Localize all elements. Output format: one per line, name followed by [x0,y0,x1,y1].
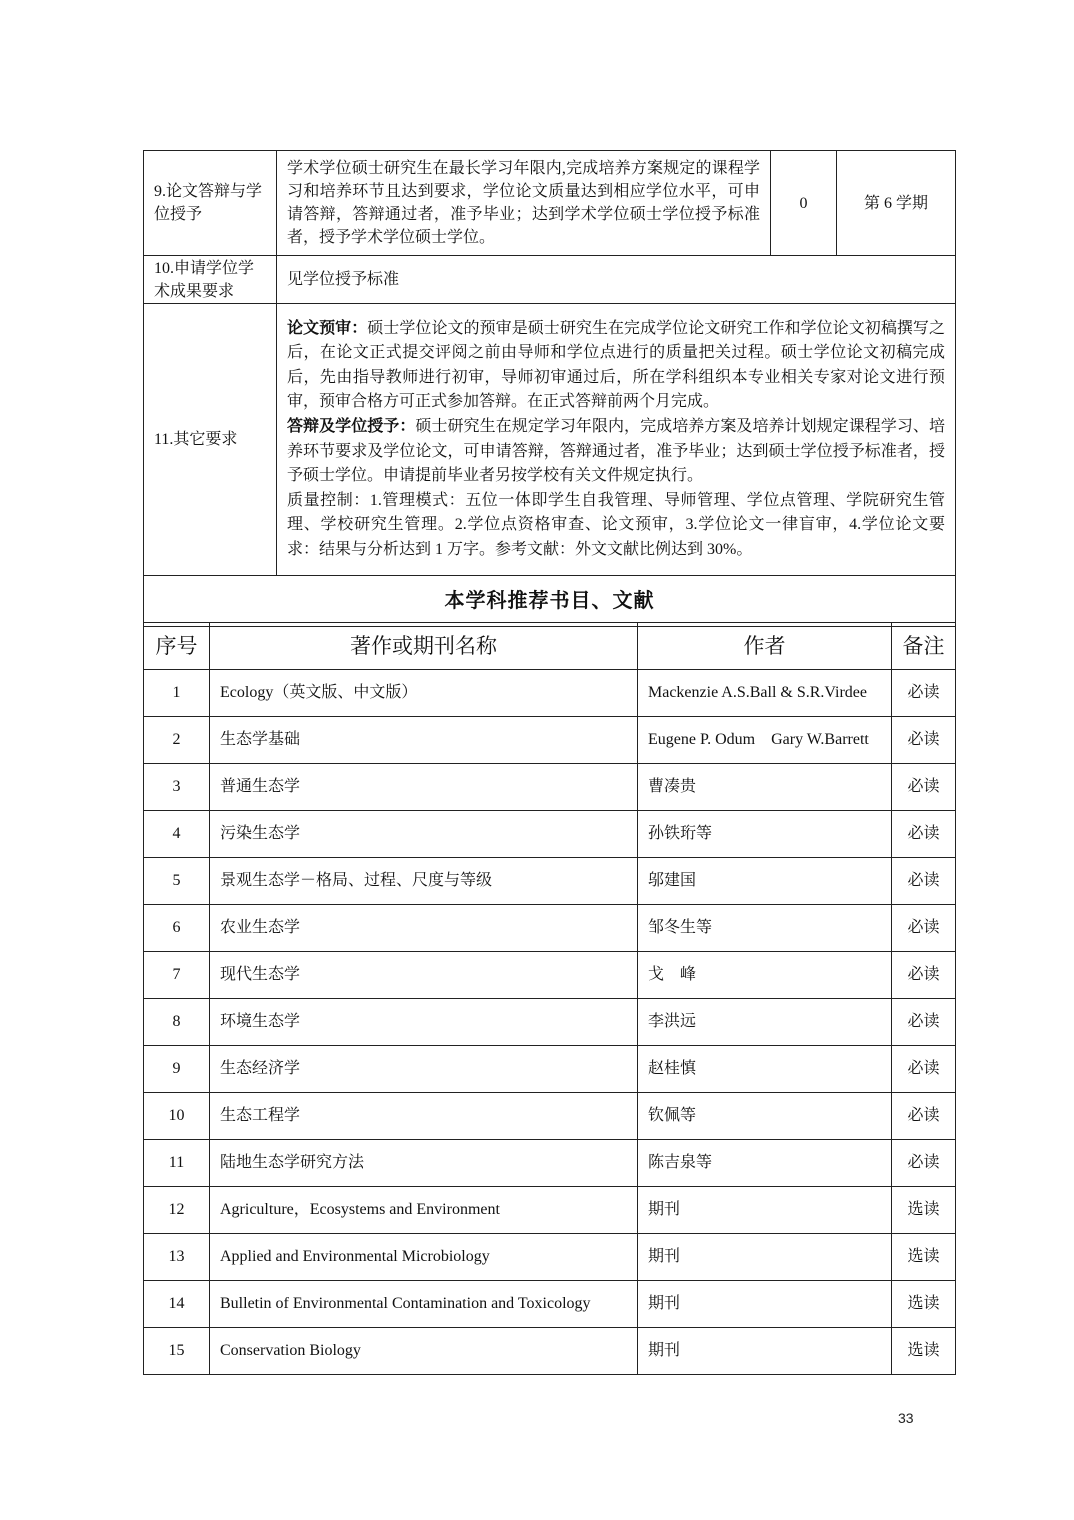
book-no: 9 [144,1046,210,1093]
book-author: 戈 峰 [638,952,892,999]
table-row: 15Conservation Biology期刊选读 [144,1328,956,1375]
book-title: 景观生态学－格局、过程、尺度与等级 [210,858,638,905]
book-no: 1 [144,670,210,717]
book-no: 15 [144,1328,210,1375]
book-author: 期刊 [638,1234,892,1281]
book-title: 陆地生态学研究方法 [210,1140,638,1187]
book-author: Eugene P. Odum Gary W.Barrett [638,717,892,764]
book-title: Applied and Environmental Microbiology [210,1234,638,1281]
requirements-table: 9.论文答辩与学位授予 学术学位硕士研究生在最长学习年限内,完成培养方案规定的课… [143,150,956,627]
book-note: 选读 [892,1328,956,1375]
table-row: 7现代生态学戈 峰必读 [144,952,956,999]
book-note: 选读 [892,1187,956,1234]
requirement-row-academic-output: 10.申请学位学术成果要求 见学位授予标准 [144,256,956,304]
book-title: 普通生态学 [210,764,638,811]
section-title: 本学科推荐书目、文献 [144,576,956,627]
book-note: 选读 [892,1234,956,1281]
book-no: 6 [144,905,210,952]
book-note: 必读 [892,670,956,717]
row-content: 见学位授予标准 [277,256,956,304]
book-author: 钦佩等 [638,1093,892,1140]
semester: 第 6 学期 [837,151,956,256]
header-author: 作者 [638,623,892,670]
book-title: 农业生态学 [210,905,638,952]
book-no: 14 [144,1281,210,1328]
book-note: 选读 [892,1281,956,1328]
book-note: 必读 [892,999,956,1046]
reading-list-table: 序号 著作或期刊名称 作者 备注 1Ecology（英文版、中文版）Macken… [143,622,956,1375]
book-title: 生态工程学 [210,1093,638,1140]
book-no: 10 [144,1093,210,1140]
book-no: 7 [144,952,210,999]
book-author: 邹冬生等 [638,905,892,952]
requirement-row-other: 11.其它要求 论文预审：硕士学位论文的预审是硕士研究生在完成学位论文研究工作和… [144,304,956,576]
requirement-row-defense: 9.论文答辩与学位授予 学术学位硕士研究生在最长学习年限内,完成培养方案规定的课… [144,151,956,256]
book-note: 必读 [892,905,956,952]
book-no: 2 [144,717,210,764]
book-author: 孙铁珩等 [638,811,892,858]
table-row: 5景观生态学－格局、过程、尺度与等级邬建国必读 [144,858,956,905]
book-author: 期刊 [638,1187,892,1234]
row-label: 9.论文答辩与学位授予 [144,151,277,256]
table-header: 序号 著作或期刊名称 作者 备注 [144,623,956,670]
row-label: 11.其它要求 [144,304,277,576]
book-title: 污染生态学 [210,811,638,858]
table-row: 8环境生态学李洪远必读 [144,999,956,1046]
credits: 0 [771,151,837,256]
book-note: 必读 [892,1093,956,1140]
section-title-row: 本学科推荐书目、文献 [144,576,956,627]
table-row: 12Agriculture，Ecosystems and Environment… [144,1187,956,1234]
table-row: 4污染生态学孙铁珩等必读 [144,811,956,858]
book-title: Agriculture，Ecosystems and Environment [210,1187,638,1234]
table-row: 11陆地生态学研究方法陈吉泉等必读 [144,1140,956,1187]
table-row: 10生态工程学钦佩等必读 [144,1093,956,1140]
table-row: 1Ecology（英文版、中文版）Mackenzie A.S.Ball & S.… [144,670,956,717]
row-content: 论文预审：硕士学位论文的预审是硕士研究生在完成学位论文研究工作和学位论文初稿撰写… [277,304,956,576]
book-note: 必读 [892,952,956,999]
book-title: 生态经济学 [210,1046,638,1093]
table-row: 9生态经济学赵桂慎必读 [144,1046,956,1093]
book-no: 13 [144,1234,210,1281]
header-note: 备注 [892,623,956,670]
book-author: 期刊 [638,1281,892,1328]
book-note: 必读 [892,811,956,858]
table-row: 6农业生态学邹冬生等必读 [144,905,956,952]
row-content: 学术学位硕士研究生在最长学习年限内,完成培养方案规定的课程学习和培养环节且达到要… [277,151,771,256]
book-note: 必读 [892,1046,956,1093]
book-no: 8 [144,999,210,1046]
row-label: 10.申请学位学术成果要求 [144,256,277,304]
book-no: 5 [144,858,210,905]
book-author: 李洪远 [638,999,892,1046]
defense-title: 答辩及学位授予： [287,418,415,435]
table-row: 14Bulletin of Environmental Contaminatio… [144,1281,956,1328]
pre-review-title: 论文预审： [287,320,367,337]
book-note: 必读 [892,764,956,811]
book-author: Mackenzie A.S.Ball & S.R.Virdee [638,670,892,717]
book-note: 必读 [892,717,956,764]
book-author: 陈吉泉等 [638,1140,892,1187]
book-title: Conservation Biology [210,1328,638,1375]
header-no: 序号 [144,623,210,670]
book-note: 必读 [892,858,956,905]
book-author: 期刊 [638,1328,892,1375]
header-title: 著作或期刊名称 [210,623,638,670]
page-number: 33 [898,1410,914,1426]
book-title: 生态学基础 [210,717,638,764]
book-title: 现代生态学 [210,952,638,999]
book-author: 邬建国 [638,858,892,905]
book-title: Ecology（英文版、中文版） [210,670,638,717]
book-author: 赵桂慎 [638,1046,892,1093]
book-title: Bulletin of Environmental Contamination … [210,1281,638,1328]
book-no: 3 [144,764,210,811]
book-no: 4 [144,811,210,858]
table-row: 3普通生态学曹凑贵必读 [144,764,956,811]
pre-review-text: 硕士学位论文的预审是硕士研究生在完成学位论文研究工作和学位论文初稿撰写之后，在论… [287,320,945,411]
book-no: 12 [144,1187,210,1234]
table-row: 2生态学基础Eugene P. Odum Gary W.Barrett必读 [144,717,956,764]
table-row: 13Applied and Environmental Microbiology… [144,1234,956,1281]
book-note: 必读 [892,1140,956,1187]
book-title: 环境生态学 [210,999,638,1046]
book-no: 11 [144,1140,210,1187]
quality-control-text: 质量控制：1.管理模式：五位一体即学生自我管理、导师管理、学位点管理、学院研究生… [287,492,945,558]
book-author: 曹凑贵 [638,764,892,811]
